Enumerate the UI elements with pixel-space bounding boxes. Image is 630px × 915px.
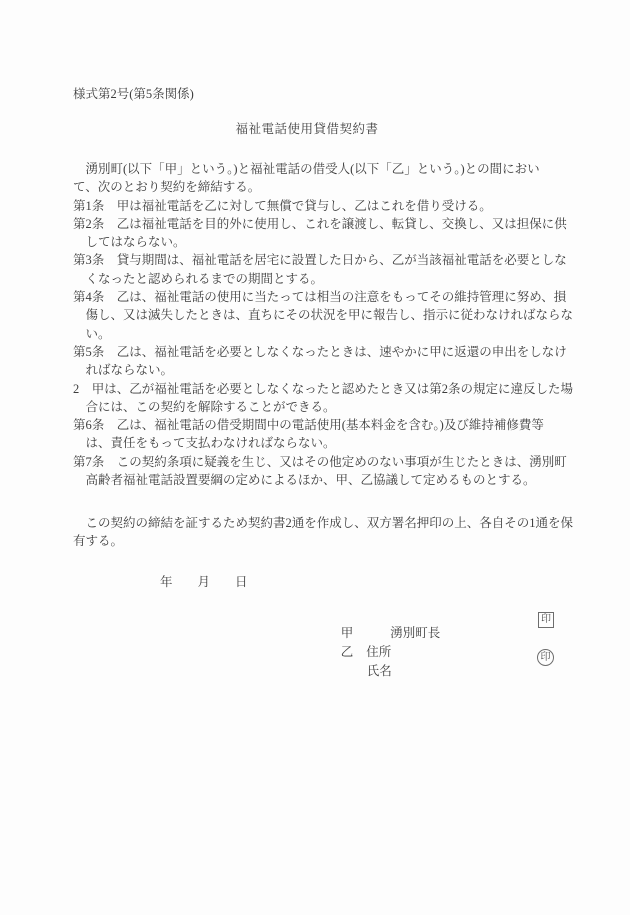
contract-line: 第4条 乙は、福祉電話の使用に当たっては相当の注意をもってその維持管理に努め、損 — [73, 288, 565, 306]
contract-document-page: 様式第2号(第5条関係) 福祉電話使用貸借契約書 湧別町(以下「甲」という。)と… — [0, 0, 630, 915]
otsu-name-label: 氏名 — [367, 664, 392, 678]
document-title: 福祉電話使用貸借契約書 — [72, 119, 542, 137]
contract-line: 合には、この契約を解除することができる。 — [73, 398, 565, 416]
otsu-address-label: 住所 — [366, 645, 391, 659]
contract-line: 2 甲は、乙が福祉電話を必要としなくなったと認めたとき又は第2条の規定に違反した… — [73, 380, 565, 398]
contract-line: 第7条 この契約条項に疑義を生じ、又はその他定めのない事項が生じたときは、湧別町 — [73, 453, 565, 471]
party-kou-label: 甲 — [341, 626, 354, 640]
contract-line: 高齢者福祉電話設置要綱の定めによるほか、甲、乙協議して定めるものとする。 — [73, 471, 565, 489]
signature-row-kou: 甲湧別町長 — [322, 605, 440, 624]
contract-line: い。 — [73, 325, 565, 343]
kou-signer-title: 湧別町長 — [390, 626, 440, 640]
contract-line: は、責任をもって支払わなければならない。 — [73, 434, 565, 452]
contract-line: 有する。 — [73, 532, 565, 550]
party-otsu-label: 乙 — [341, 645, 354, 659]
contract-line: くなったと認められるまでの期間とする。 — [73, 270, 565, 288]
kou-seal-icon: 印 — [538, 612, 554, 628]
contract-line: て、次のとおり契約を締結する。 — [73, 178, 565, 196]
contract-line: 湧別町(以下「甲」という。)と福祉電話の借受人(以下「乙」という。)との間におい — [73, 160, 565, 178]
contract-line: 傷し、又は滅失したときは、直ちにその状況を甲に報告し、指示に従わなければならな — [73, 306, 565, 324]
date-line: 年 月 日 — [160, 573, 248, 591]
contract-line: 第3条 貸与期間は、福祉電話を居宅に設置した日から、乙が当該福祉電話を必要としな — [73, 251, 565, 269]
signature-block: 甲湧別町長 乙住所 氏名 — [322, 605, 440, 662]
contract-line: 第1条 甲は福祉電話を乙に対して無償で貸与し、乙はこれを借り受ける。 — [73, 197, 565, 215]
contract-line: してはならない。 — [73, 233, 565, 251]
contract-line: ればならない。 — [73, 361, 565, 379]
contract-line: 第2条 乙は福祉電話を目的外に使用し、これを譲渡し、転貸し、交換し、又は担保に供 — [73, 215, 565, 233]
otsu-seal-icon: 印 — [537, 649, 554, 666]
contract-line: 第5条 乙は、福祉電話を必要としなくなったときは、速やかに甲に返還の申出をしなけ — [73, 343, 565, 361]
closing-paragraph: この契約の締結を証するため契約書2通を作成し、双方署名押印の上、各自その1通を保… — [73, 514, 565, 551]
form-number-label: 様式第2号(第5条関係) — [73, 84, 194, 102]
contract-body: 湧別町(以下「甲」という。)と福祉電話の借受人(以下「乙」という。)との間におい… — [73, 160, 565, 489]
contract-line: この契約の締結を証するため契約書2通を作成し、双方署名押印の上、各自その1通を保 — [73, 514, 565, 532]
contract-line: 第6条 乙は、福祉電話の借受期間中の電話使用(基本料金を含む。)及び維持補修費等 — [73, 416, 565, 434]
